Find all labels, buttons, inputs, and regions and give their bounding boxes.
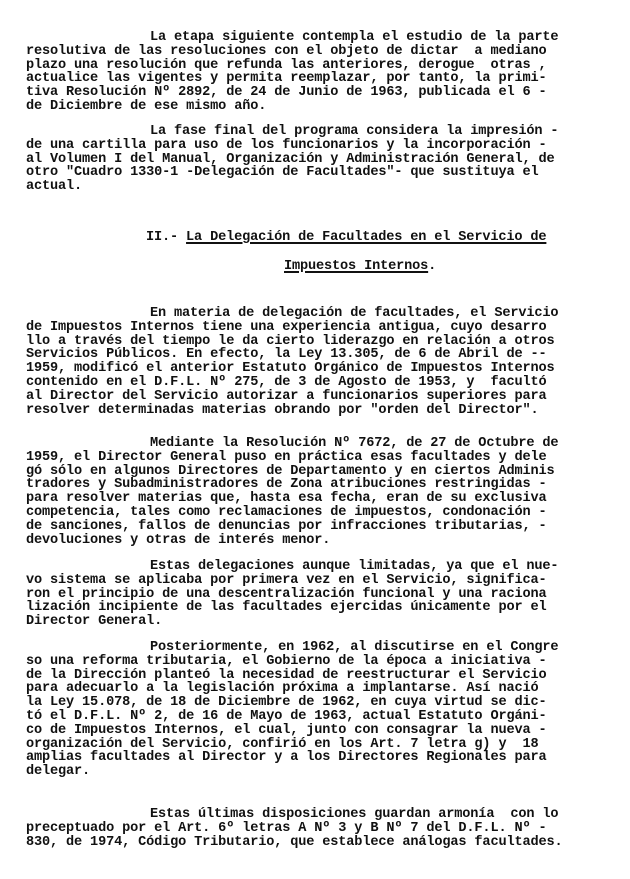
- text-line: para resolver materias que, hasta esa fe…: [26, 492, 616, 506]
- text-line: Director General.: [26, 615, 616, 629]
- text-line: organización del Servicio, confirió en l…: [26, 738, 616, 752]
- section-heading: II.- La Delegación de Facultades en el S…: [0, 230, 630, 275]
- text-line: plazo una resolución que refunda las ant…: [26, 59, 616, 73]
- text-line: amplias facultades al Director y a los D…: [26, 751, 616, 765]
- text-line: Estas últimas disposiciones guardan armo…: [26, 808, 616, 822]
- section-title-period: .: [428, 259, 436, 274]
- text-line: de sanciones, fallos de denuncias por in…: [26, 520, 616, 534]
- text-line: resolutiva de las resoluciones con el ob…: [26, 45, 616, 59]
- text-line: 1959, modificó el anterior Estatuto Orgá…: [26, 362, 616, 376]
- text-line: tó el D.F.L. Nº 2, de 16 de Mayo de 1963…: [26, 710, 616, 724]
- text-line: contenido en el D.F.L. Nº 275, de 3 de A…: [26, 376, 616, 390]
- text-line: actual.: [26, 180, 616, 194]
- text-line: de Impuestos Internos tiene una experien…: [26, 321, 616, 335]
- text-line: preceptuado por el Art. 6º letras A Nº 3…: [26, 822, 616, 836]
- text-line: La etapa siguiente contempla el estudio …: [26, 31, 616, 45]
- text-line: devoluciones y otras de interés menor.: [26, 534, 616, 548]
- section-title-part-2: Impuestos Internos: [284, 259, 428, 274]
- text-line: Servicios Públicos. En efecto, la Ley 13…: [26, 348, 616, 362]
- text-line: co de Impuestos Internos, el cual, junto…: [26, 724, 616, 738]
- text-line: competencia, tales como reclamaciones de…: [26, 506, 616, 520]
- text-line: Mediante la Resolución Nº 7672, de 27 de…: [26, 437, 616, 451]
- text-line: llo a través del tiempo le da cierto lid…: [26, 335, 616, 349]
- section-heading-line-2: Impuestos Internos.: [0, 259, 630, 275]
- text-line: de la Dirección planteó la necesidad de …: [26, 669, 616, 683]
- text-line: de Diciembre de ese mismo año.: [26, 100, 616, 114]
- text-line: al Director del Servicio autorizar a fun…: [26, 390, 616, 404]
- text-line: Posteriormente, en 1962, al discutirse e…: [26, 641, 616, 655]
- text-line: En materia de delegación de facultades, …: [26, 307, 616, 321]
- text-line: lización incipiente de las facultades ej…: [26, 601, 616, 615]
- paragraph-fase-final: La fase final del programa considera la …: [26, 125, 616, 194]
- paragraph-delegaciones-limitadas: Estas delegaciones aunque limitadas, ya …: [26, 560, 616, 629]
- text-line: La fase final del programa considera la …: [26, 125, 616, 139]
- paragraph-ultimas-disposiciones: Estas últimas disposiciones guardan armo…: [26, 808, 616, 849]
- text-line: delegar.: [26, 765, 616, 779]
- text-line: la Ley 15.078, de 18 de Diciembre de 196…: [26, 696, 616, 710]
- text-line: otro "Cuadro 1330-1 -Delegación de Facul…: [26, 166, 616, 180]
- text-line: de una cartilla para uso de los funciona…: [26, 139, 616, 153]
- section-title-part-1: La Delegación de Facultades en el Servic…: [186, 230, 546, 245]
- paragraph-materia-delegacion: En materia de delegación de facultades, …: [26, 307, 616, 417]
- text-line: so una reforma tributaria, el Gobierno d…: [26, 655, 616, 669]
- text-line: al Volumen I del Manual, Organización y …: [26, 153, 616, 167]
- text-line: ron el principio de una descentralizació…: [26, 588, 616, 602]
- text-line: tradores y Subadministradores de Zona at…: [26, 478, 616, 492]
- text-line: tiva Resolución Nº 2892, de 24 de Junio …: [26, 86, 616, 100]
- paragraph-posteriormente-1962: Posteriormente, en 1962, al discutirse e…: [26, 641, 616, 779]
- paragraph-etapa-siguiente: La etapa siguiente contempla el estudio …: [26, 31, 616, 114]
- text-line: para adecuarlo a la legislación próxima …: [26, 682, 616, 696]
- section-number: II.-: [146, 230, 186, 245]
- text-line: gó sólo en algunos Directores de Departa…: [26, 465, 616, 479]
- text-line: 1959, el Director General puso en prácti…: [26, 451, 616, 465]
- section-heading-line-1: II.- La Delegación de Facultades en el S…: [0, 230, 630, 246]
- text-line: vo sistema se aplicaba por primera vez e…: [26, 574, 616, 588]
- text-line: resolver determinadas materias obrando p…: [26, 404, 616, 418]
- text-line: 830, de 1974, Código Tributario, que est…: [26, 836, 616, 850]
- text-line: Estas delegaciones aunque limitadas, ya …: [26, 560, 616, 574]
- paragraph-resolucion-7672: Mediante la Resolución Nº 7672, de 27 de…: [26, 437, 616, 547]
- typewritten-document-page: La etapa siguiente contempla el estudio …: [0, 0, 630, 879]
